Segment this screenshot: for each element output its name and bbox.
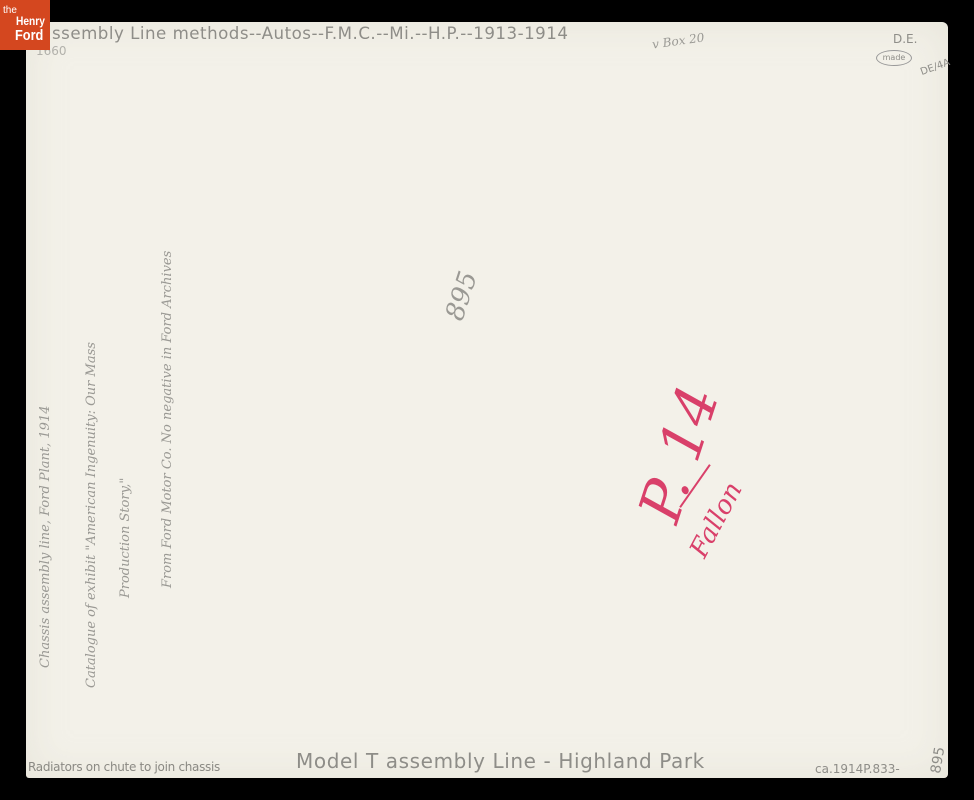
bottom-caption-left: Radiators on chute to join chassis — [28, 760, 220, 774]
logo-ford: Ford — [15, 27, 43, 44]
vertical-note-2: Catalogue of exhibit "American Ingenuity… — [84, 342, 99, 688]
vertical-note-4: From Ford Motor Co. No negative in Ford … — [160, 251, 175, 588]
henry-ford-logo[interactable]: the Henry Ford — [0, 0, 50, 50]
bottom-accession-number: ca.1914P.833- — [815, 762, 900, 776]
logo-the: the — [3, 5, 17, 16]
logo-henry: Henry — [16, 14, 45, 28]
corner-note-de: D.E. — [893, 32, 917, 46]
bottom-caption-main: Model T assembly Line - Highland Park — [296, 749, 705, 773]
vertical-note-1: Chassis assembly line, Ford Plant, 1914 — [38, 406, 53, 669]
vertical-note-3: Production Story," — [118, 478, 133, 598]
corner-note-circled: made — [876, 50, 912, 66]
top-title-note: ssembly Line methods--Autos--F.M.C.--Mi.… — [52, 24, 568, 44]
